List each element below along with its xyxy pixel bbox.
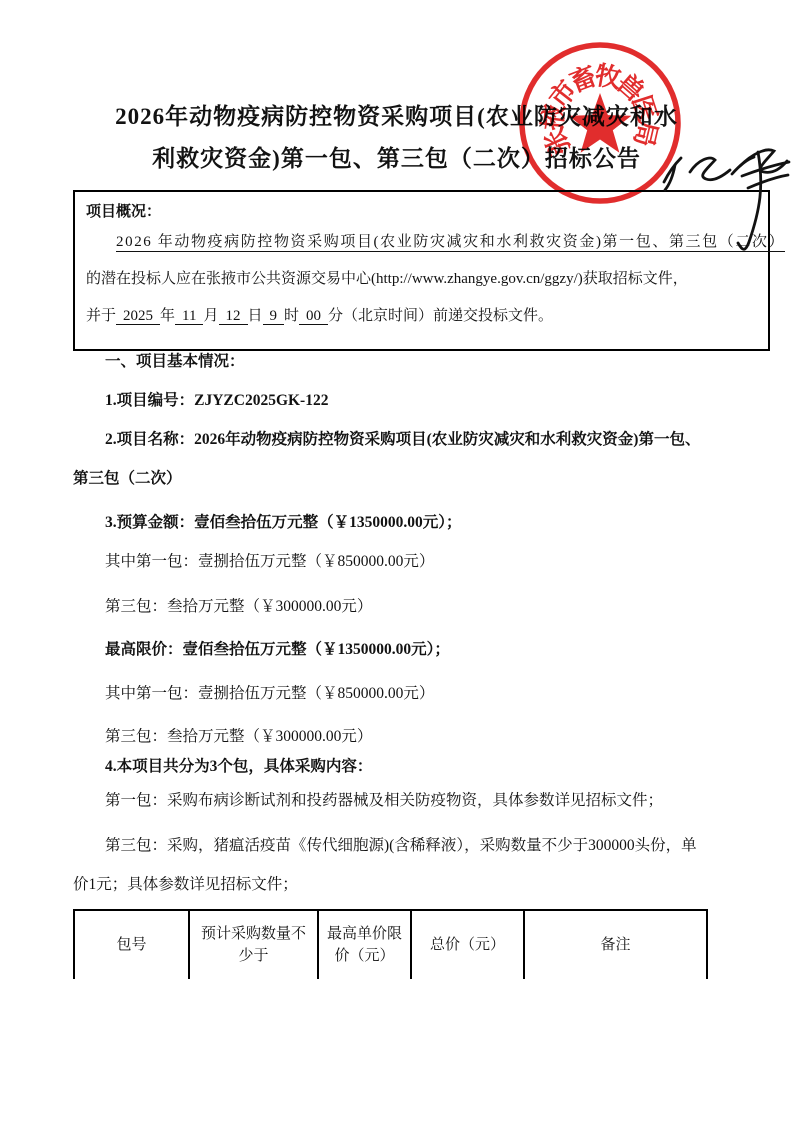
project-name-line1: 2.项目名称：2026年动物疫病防控物资采购项目(农业防灾减灾和水利救灾资金)第… [73, 431, 723, 448]
deadline-day-label: 日 [248, 308, 263, 324]
deadline-month: 11 [175, 308, 203, 325]
budget-package1-line: 其中第一包：壹捌拾伍万元整（￥850000.00元） [73, 553, 723, 570]
table-header-total-price: 总价（元） [410, 911, 523, 979]
deadline-year-label: 年 [160, 308, 175, 324]
max-price-line: 最高限价：壹佰叁拾伍万元整（￥1350000.00元）； [73, 641, 723, 658]
deadline-day: 12 [219, 308, 248, 325]
table-header-estimated-quantity: 预计采购数量不少于 [188, 911, 317, 979]
deadline-month-label: 月 [203, 308, 218, 324]
document-page: 2026年动物疫病防控物资采购项目(农业防灾减灾和水 利救灾资金)第一包、第三包… [0, 0, 793, 1122]
deadline-minute: 00 [299, 308, 328, 325]
deadline-prefix: 并于 [86, 308, 116, 324]
max-price-package1-line: 其中第一包：壹捌拾伍万元整（￥850000.00元） [73, 685, 723, 702]
package3-description-line1: 第三包：采购，猪瘟活疫苗《传代细胞源)(含稀释液），采购数量不少于300000头… [73, 837, 723, 854]
star-icon [569, 93, 632, 153]
package3-description-line2: 价1元；具体参数详见招标文件； [73, 876, 723, 893]
table-header-package-number: 包号 [73, 911, 188, 979]
package1-description: 第一包：采购布病诊断试剂和投药器械及相关防疫物资，具体参数详见招标文件； [73, 792, 723, 809]
packages-heading: 4.本项目共分为3个包，具体采购内容： [73, 758, 723, 775]
section1-heading: 一、项目基本情况： [73, 353, 723, 370]
project-name-line2: 第三包（二次） [73, 470, 723, 487]
handwritten-signature [648, 138, 793, 328]
signature-strokes [664, 150, 789, 249]
deadline-year: 2025 [116, 308, 160, 325]
deadline-hour: 9 [263, 308, 285, 325]
package-table: 包号 预计采购数量不少于 最高单价限价（元） 总价（元） 备注 [73, 909, 708, 979]
project-number-line: 1.项目编号：ZJYZC2025GK-122 [73, 392, 723, 409]
table-header-remarks: 备注 [523, 911, 708, 979]
document-body: 一、项目基本情况： 1.项目编号：ZJYZC2025GK-122 2.项目名称：… [73, 327, 723, 979]
deadline-suffix: 分（北京时间）前递交投标文件。 [328, 308, 553, 324]
budget-line: 3.预算金额：壹佰叁拾伍万元整（￥1350000.00元）； [73, 514, 723, 531]
table-header-max-unit-price: 最高单价限价（元） [317, 911, 410, 979]
budget-package3-line: 第三包：叁拾万元整（￥300000.00元） [73, 598, 723, 615]
max-price-package3-line: 第三包：叁拾万元整（￥300000.00元） [73, 728, 723, 745]
deadline-hour-label: 时 [284, 308, 299, 324]
